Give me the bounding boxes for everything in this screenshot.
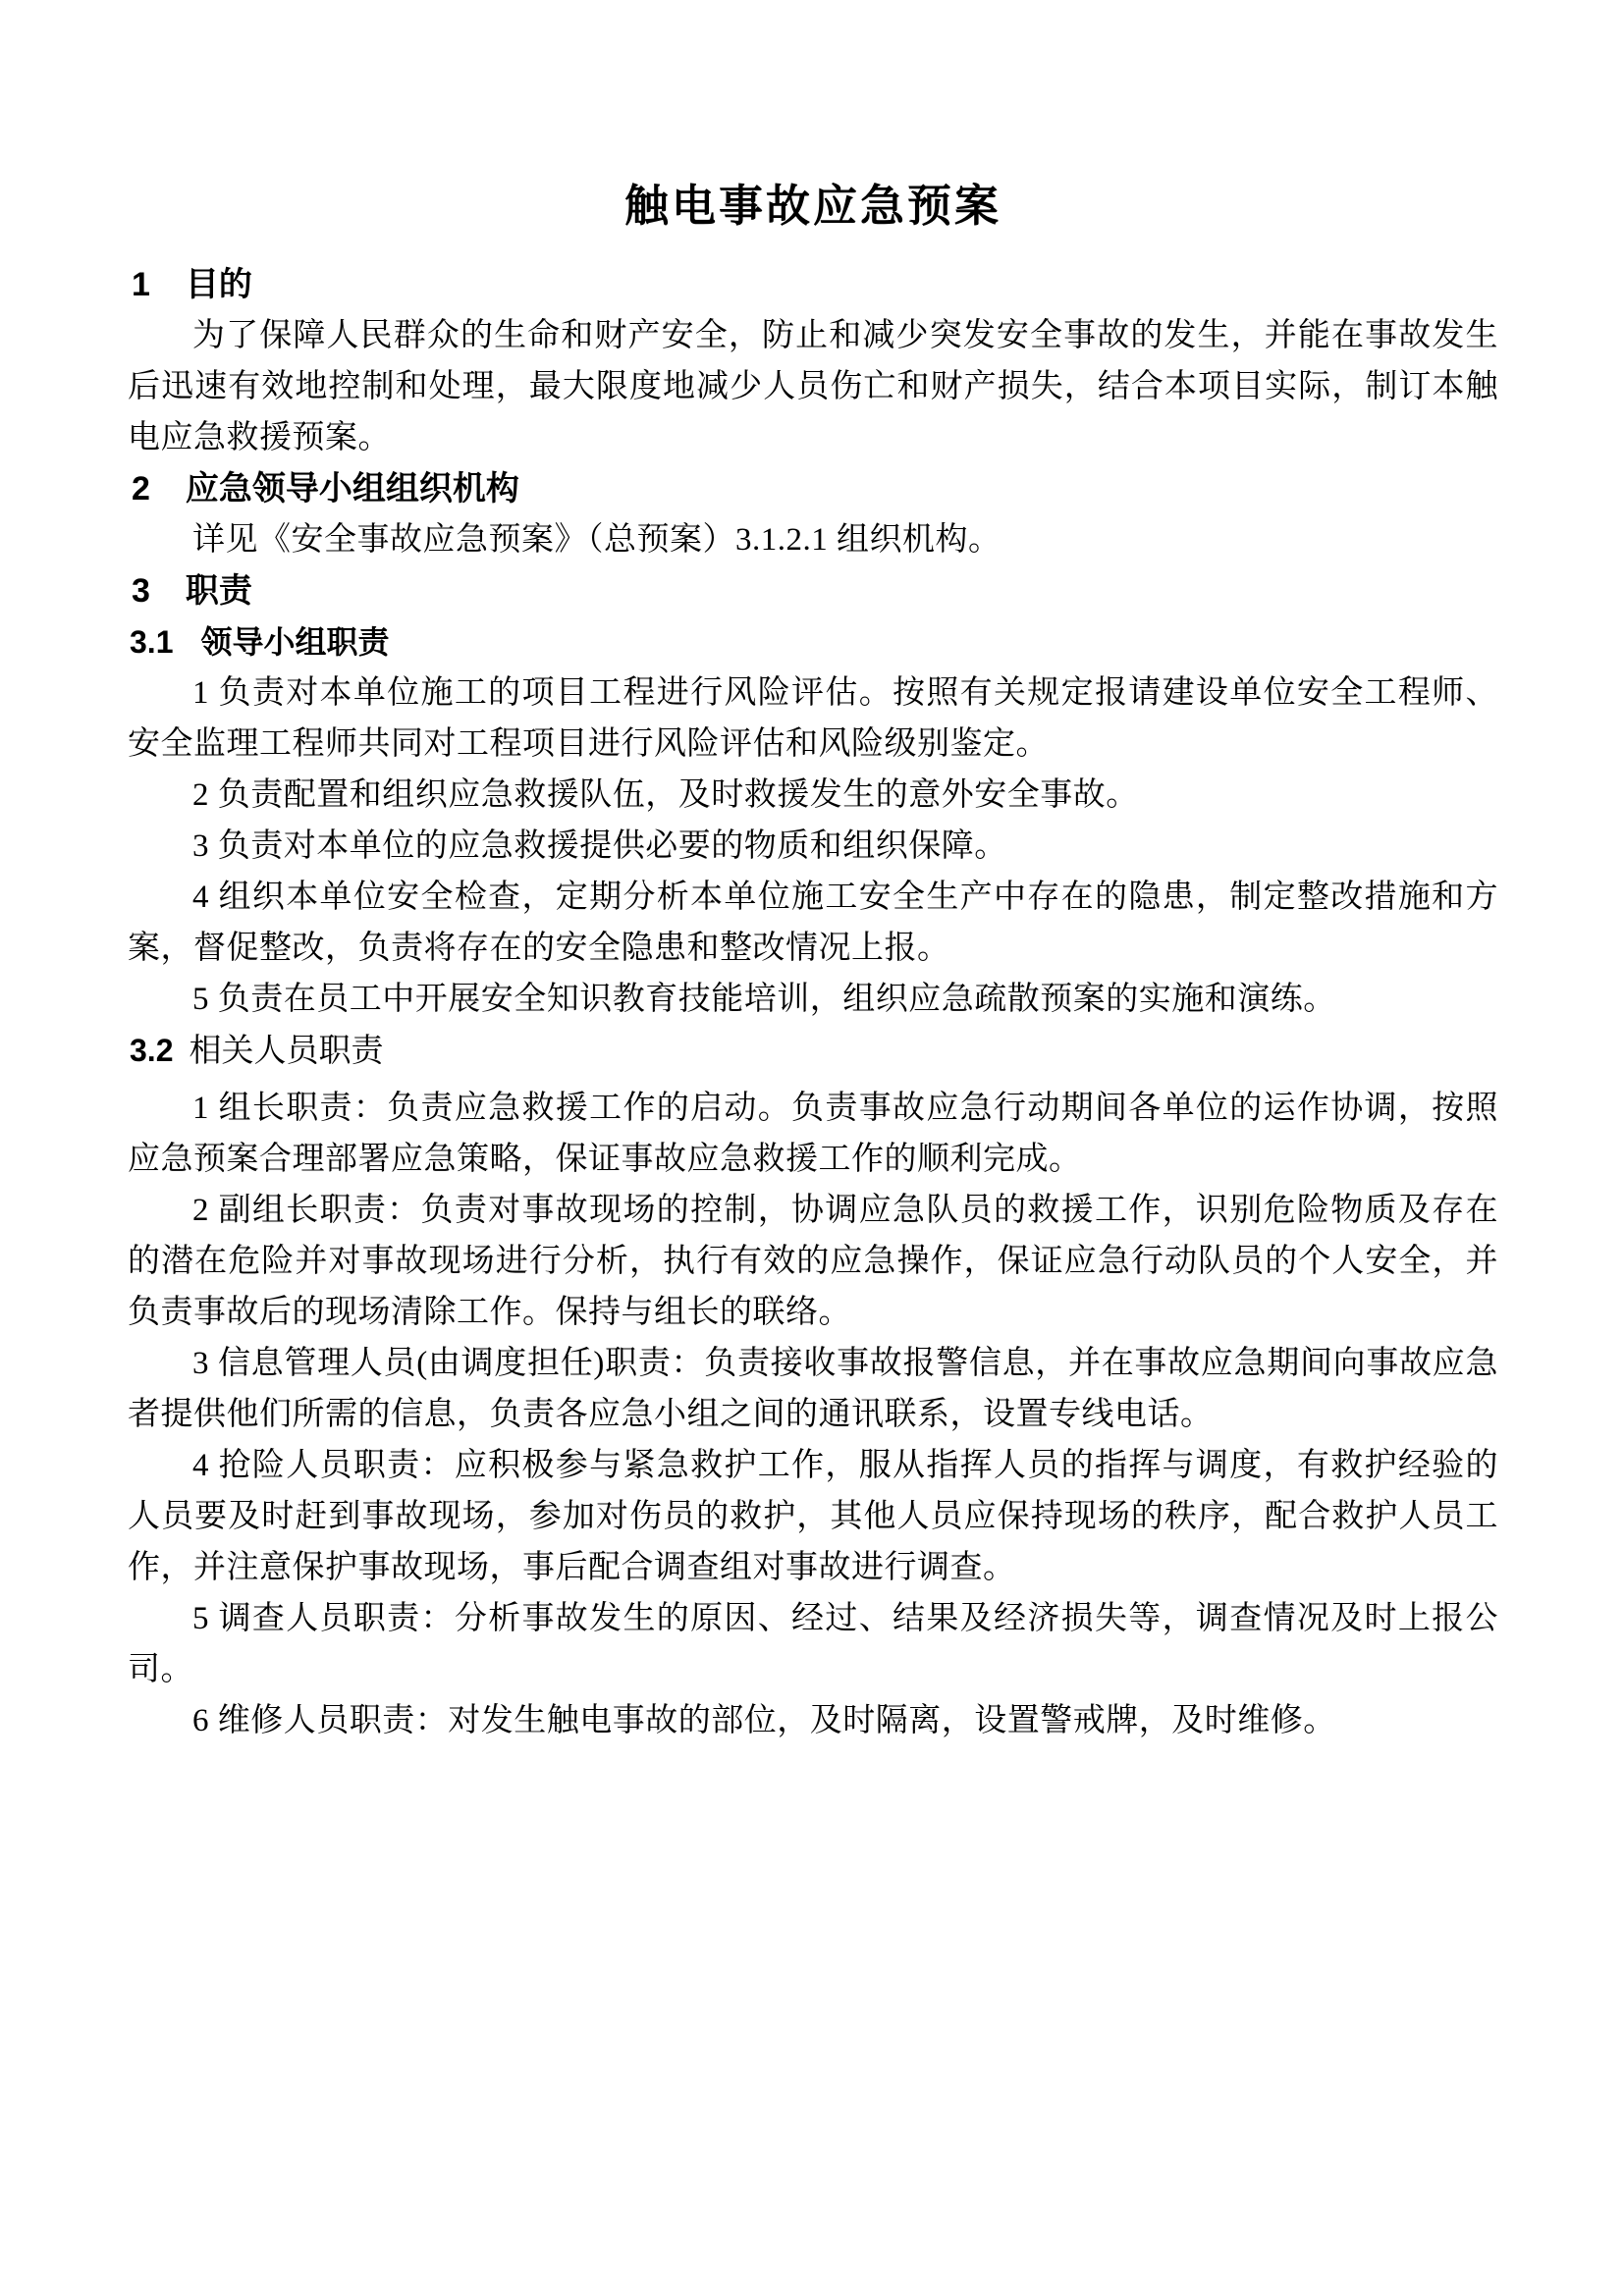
section-3-number: 3 bbox=[132, 565, 150, 616]
section-1-title: 目的 bbox=[186, 266, 252, 303]
section-3-1-number: 3.1 bbox=[130, 616, 173, 667]
section-2-heading: 2应急领导小组组织机构 bbox=[128, 463, 1498, 514]
paragraph: 4 抢险人员职责：应积极参与紧急救护工作，服从指挥人员的指挥与调度，有救护经验的… bbox=[128, 1440, 1498, 1593]
section-3-title: 职责 bbox=[186, 572, 252, 610]
document-title: 触电事故应急预案 bbox=[128, 175, 1498, 238]
section-2-number: 2 bbox=[132, 463, 150, 514]
paragraph: 为了保障人民群众的生命和财产安全，防止和减少突发安全事故的发生，并能在事故发生后… bbox=[128, 310, 1498, 463]
section-3-2-title: 相关人员职责 bbox=[189, 1034, 383, 1069]
paragraph: 5 负责在员工中开展安全知识教育技能培训，组织应急疏散预案的实施和演练。 bbox=[128, 974, 1498, 1025]
paragraph: 1 组长职责：负责应急救援工作的启动。负责事故应急行动期间各单位的运作协调，按照… bbox=[128, 1083, 1498, 1185]
section-3-1-heading: 3.1领导小组职责 bbox=[128, 616, 1498, 667]
paragraph: 5 调查人员职责：分析事故发生的原因、经过、结果及经济损失等，调查情况及时上报公… bbox=[128, 1593, 1498, 1695]
section-3-2-heading: 3.2相关人员职责 bbox=[128, 1025, 1498, 1083]
paragraph: 3 负责对本单位的应急救援提供必要的物质和组织保障。 bbox=[128, 821, 1498, 872]
paragraph: 2 负责配置和组织应急救援队伍，及时救援发生的意外安全事故。 bbox=[128, 770, 1498, 821]
section-3-2-number: 3.2 bbox=[130, 1025, 173, 1076]
paragraph: 1 负责对本单位施工的项目工程进行风险评估。按照有关规定报请建设单位安全工程师、… bbox=[128, 667, 1498, 770]
section-1-heading: 1目的 bbox=[128, 259, 1498, 310]
document-page: 触电事故应急预案 1目的 为了保障人民群众的生命和财产安全，防止和减少突发安全事… bbox=[0, 0, 1624, 2296]
paragraph: 详见《安全事故应急预案》（总预案）3.1.2.1 组织机构。 bbox=[128, 514, 1498, 565]
paragraph: 4 组织本单位安全检查，定期分析本单位施工安全生产中存在的隐患，制定整改措施和方… bbox=[128, 872, 1498, 974]
paragraph: 2 副组长职责：负责对事故现场的控制，协调应急队员的救援工作，识别危险物质及存在… bbox=[128, 1185, 1498, 1338]
section-2-title: 应急领导小组组织机构 bbox=[186, 470, 519, 507]
section-3-1-title: 领导小组职责 bbox=[200, 624, 389, 660]
paragraph: 6 维修人员职责：对发生触电事故的部位，及时隔离，设置警戒牌，及时维修。 bbox=[128, 1695, 1498, 1746]
section-3-heading: 3职责 bbox=[128, 565, 1498, 616]
section-1-number: 1 bbox=[132, 259, 150, 310]
paragraph: 3 信息管理人员(由调度担任)职责：负责接收事故报警信息，并在事故应急期间向事故… bbox=[128, 1338, 1498, 1440]
